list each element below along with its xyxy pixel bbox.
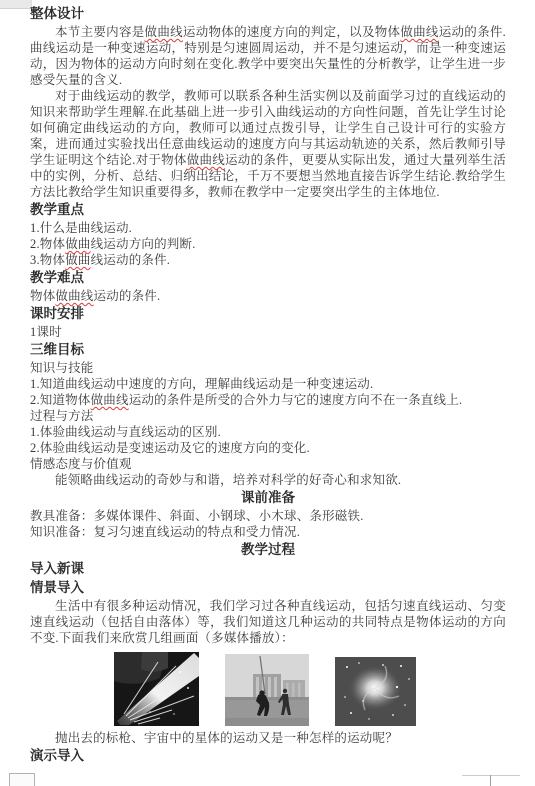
spiral-galaxy-photo <box>335 657 416 726</box>
multimedia-images-row <box>114 652 506 726</box>
paragraph: 2.知道物体做曲线运动的条件是所受的合外力与它的速度方向不在一条直线上. <box>30 392 506 408</box>
paragraph: 1.体验曲线运动与直线运动的区别. <box>30 424 506 440</box>
section-heading: 导入新课 <box>30 560 506 578</box>
paragraph: 知识准备：复习匀速直线运动的特点和受力情况. <box>30 524 506 540</box>
paragraph: 对于曲线运动的教学，教师可以联系各种生活实例以及前面学习过的直线运动的知识来帮助… <box>30 88 506 200</box>
spellcheck-underlined-text: 做曲线 <box>55 289 93 303</box>
spellcheck-underlined-text: 做曲线 <box>187 153 225 167</box>
text-segment: 3.物体 <box>30 253 65 267</box>
section-heading: 教学难点 <box>30 269 506 287</box>
text-segment: 1.体验曲线运动与直线运动的区别. <box>30 425 221 439</box>
text-segment: 运动物体的速度方向的判定，以及物体 <box>183 25 400 39</box>
paragraph: 1课时 <box>30 324 506 340</box>
section-heading: 课时安排 <box>30 305 506 323</box>
paragraph: 2.体验曲线运动是变速运动及它的速度方向的变化. <box>30 440 506 456</box>
text-segment: 物体 <box>30 289 55 303</box>
text-segment: 知识准备：复习匀速直线运动的特点和受力情况. <box>30 525 300 539</box>
javelin-throw-photo <box>225 654 309 726</box>
paragraph: 抛出去的标枪、宇宙中的星体的运动又是一种怎样的运动呢？ <box>30 730 506 746</box>
paragraph: 教具准备：多媒体课件、斜面、小钢球、小木球、条形磁铁. <box>30 508 506 524</box>
spellcheck-underlined-text: 做曲线 <box>400 25 438 39</box>
page-corner-mark-top-left <box>0 0 32 9</box>
text-segment: 生活中有很多种运动情况，我们学习过各种直线运动，包括匀速直线运动、匀变速直线运动… <box>30 599 506 645</box>
text-segment: 教具准备：多媒体课件、斜面、小钢球、小木球、条形磁铁. <box>30 509 364 523</box>
paragraph: 物体做曲线运动的条件. <box>30 288 506 304</box>
page-corner-mark-bottom-left <box>9 773 35 786</box>
text-segment: 1.什么是曲线运动. <box>30 221 132 235</box>
paragraph: 3.物体做曲线运动的条件. <box>30 252 506 268</box>
paragraph: 1.知道曲线运动中速度的方向，理解曲线运动是一种变速运动. <box>30 376 506 392</box>
text-segment: 2.体验曲线运动是变速运动及它的速度方向的变化. <box>30 441 310 455</box>
text-segment: 2.物体 <box>30 237 65 251</box>
text-segment: 运动的条件是所受的合外力与它的速度方向不在一条直线上. <box>129 393 463 407</box>
text-segment: 知识与技能 <box>30 361 94 375</box>
text-segment: 抛出去的标枪、宇宙中的星体的运动又是一种怎样的运动呢？ <box>55 731 398 745</box>
section-heading: 情景导入 <box>30 579 506 597</box>
text-segment: 过程与方法 <box>30 409 94 423</box>
section-heading: 教学过程 <box>30 541 506 559</box>
section-heading: 三维目标 <box>30 341 506 359</box>
paragraph: 本节主要内容是做曲线运动物体的速度方向的判定，以及物体做曲线运动的条件.曲线运动… <box>30 24 506 88</box>
section-heading: 演示导入 <box>30 747 506 765</box>
paragraph: 1.什么是曲线运动. <box>30 220 506 236</box>
text-segment: 2.知道物体 <box>30 393 91 407</box>
text-segment: 1.知道曲线运动中速度的方向，理解曲线运动是一种变速运动. <box>30 377 373 391</box>
paragraph: 情感态度与价值观 <box>30 456 506 472</box>
spellcheck-underlined-text: 做曲线 <box>145 25 183 39</box>
spellcheck-underlined-text: 做曲 <box>65 237 90 251</box>
text-segment: 运动的条件. <box>94 289 161 303</box>
paragraph: 能领略曲线运动的奇妙与和谐，培养对科学的好奇心和求知欲. <box>30 472 506 488</box>
section-heading: 整体设计 <box>30 5 506 23</box>
text-segment: 情感态度与价值观 <box>30 457 132 471</box>
document-body: 整体设计本节主要内容是做曲线运动物体的速度方向的判定，以及物体做曲线运动的条件.… <box>30 4 506 766</box>
page-corner-mark-bottom-right-tick <box>490 775 491 786</box>
text-segment: 能领略曲线运动的奇妙与和谐，培养对科学的好奇心和求知欲. <box>55 473 401 487</box>
section-heading: 教学重点 <box>30 201 506 219</box>
spellcheck-underlined-text: 做曲 <box>65 253 90 267</box>
text-segment: 线运动方向的判断. <box>91 237 196 251</box>
sparks-photo <box>114 652 199 726</box>
paragraph: 2.物体做曲线运动方向的判断. <box>30 236 506 252</box>
paragraph: 过程与方法 <box>30 408 506 424</box>
section-heading: 课前准备 <box>30 489 506 507</box>
text-segment: 本节主要内容是 <box>55 25 145 39</box>
text-segment: 1课时 <box>30 325 62 339</box>
page-corner-mark-bottom-right <box>462 775 520 776</box>
paragraph: 生活中有很多种运动情况，我们学习过各种直线运动，包括匀速直线运动、匀变速直线运动… <box>30 598 506 646</box>
spellcheck-underlined-text: 做曲线 <box>91 393 129 407</box>
text-segment: 线运动的条件. <box>91 253 171 267</box>
paragraph: 知识与技能 <box>30 360 506 376</box>
